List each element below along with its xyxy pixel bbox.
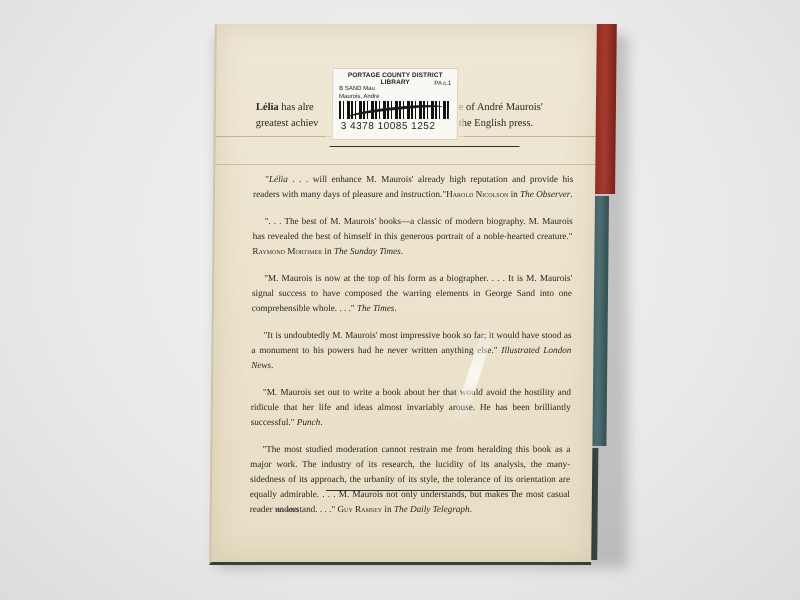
copy-location: PA c.1 [434, 81, 451, 87]
quote-publication: The Daily Telegraph [394, 504, 470, 514]
divider-top [330, 146, 520, 147]
quote-publication: Punch [297, 417, 321, 427]
review-quotes: "Lélia . . . will enhance M. Maurois' al… [250, 172, 574, 529]
review-quote: "M. Maurois is now at the top of his for… [252, 271, 572, 316]
review-quote: ". . . The best of M. Maurois' books—a c… [252, 214, 572, 259]
label-author: Maurois, Andre [333, 94, 457, 102]
barcode-number: 3 4378 10085 1252 [341, 121, 436, 132]
library-barcode-label: PORTAGE COUNTY DISTRICT LIBRARY PA c.1 B… [332, 68, 459, 140]
quote-author: Raymond Mortimer [252, 246, 322, 256]
intro-title-word: Lélia [256, 102, 279, 113]
review-quote: "Lélia . . . will enhance M. Maurois' al… [253, 172, 573, 202]
quote-author: Guy Ramsey [337, 504, 382, 514]
spine-red-band [593, 24, 617, 194]
review-quote: "It is undoubtedly M. Maurois' most impr… [251, 328, 571, 373]
quote-publication: The Observer [520, 189, 570, 199]
book: Lélia has alre as one of André Maurois' … [209, 24, 623, 562]
review-quote: "M. Maurois set out to write a book abou… [251, 385, 571, 430]
catalog-number: No. 4068 [276, 508, 298, 514]
intro-line1-start: has alre [281, 102, 313, 113]
divider-bottom [326, 490, 516, 491]
review-quote: "The most studied moderation cannot rest… [250, 442, 571, 517]
quote-publication: The Times [357, 303, 395, 313]
quote-publication: Illustrated London News [251, 345, 571, 370]
quote-publication: The Sunday Times [334, 246, 401, 256]
jacket-fold-line-2 [215, 164, 595, 165]
quote-author: Harold Nicolson [446, 189, 508, 199]
call-number: B SAND Mau [333, 86, 457, 94]
back-cover: Lélia has alre as one of André Maurois' … [209, 24, 597, 565]
intro-line2-start: greatest achiev [256, 118, 319, 129]
